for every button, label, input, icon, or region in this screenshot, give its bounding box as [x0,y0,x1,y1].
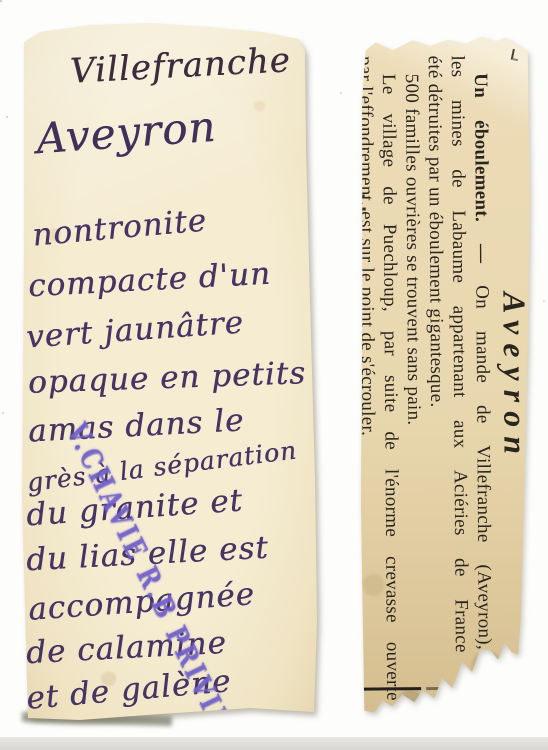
remnant-dash [357,208,366,211]
newspaper-clipping-wrapper: Aveyron Un éboulement. — On mande de Vil… [354,34,536,722]
note-line-villefranche: Villefranche [69,40,292,91]
article-line: 500 familles ouvrières se trouvent sans … [400,56,428,701]
printed-column-rule [359,687,421,690]
article-line: les mines de Labaume appartenant aux Aci… [446,55,474,700]
note-body-line: compacte d'un [27,256,272,305]
article-section-title: Aveyron [492,55,537,700]
note-body-line: amas dans le [27,402,245,449]
handwritten-note-wrapper: Villefranche Aveyron nontronite compacte… [18,20,320,736]
note-body-line: vert jaunâtre [25,304,245,355]
handwritten-note: Villefranche Aveyron nontronite compacte… [18,20,320,736]
article-rotated-text: Aveyron Un éboulement. — On mande de Vil… [354,55,536,701]
article-line-text: On mande de Villefranche (Aveyron), que [471,285,495,700]
note-body-line: opaque en petits [27,355,306,401]
newspaper-clipping: Aveyron Un éboulement. — On mande de Vil… [352,33,539,722]
dust-specks [0,0,2,2]
scanner-edge-band [0,737,548,750]
scanned-documents: Villefranche Aveyron nontronite compacte… [0,0,548,750]
article-line: par l'effondrement, est sur le point de … [354,56,382,701]
note-body-line: nontronite [31,202,209,253]
remnant-dash [356,195,365,198]
article-line: Un éboulement. — On mande de Villefranch… [469,55,497,700]
note-line-aveyron: Aveyron [35,102,218,163]
article-line: Le village de Puechloup, par suite de l'… [377,56,405,701]
article-headline: Un éboulement. — [470,73,492,263]
article-line: été détruites par un éboulement gigantes… [423,55,451,700]
printed-rule-fragment [426,687,440,690]
